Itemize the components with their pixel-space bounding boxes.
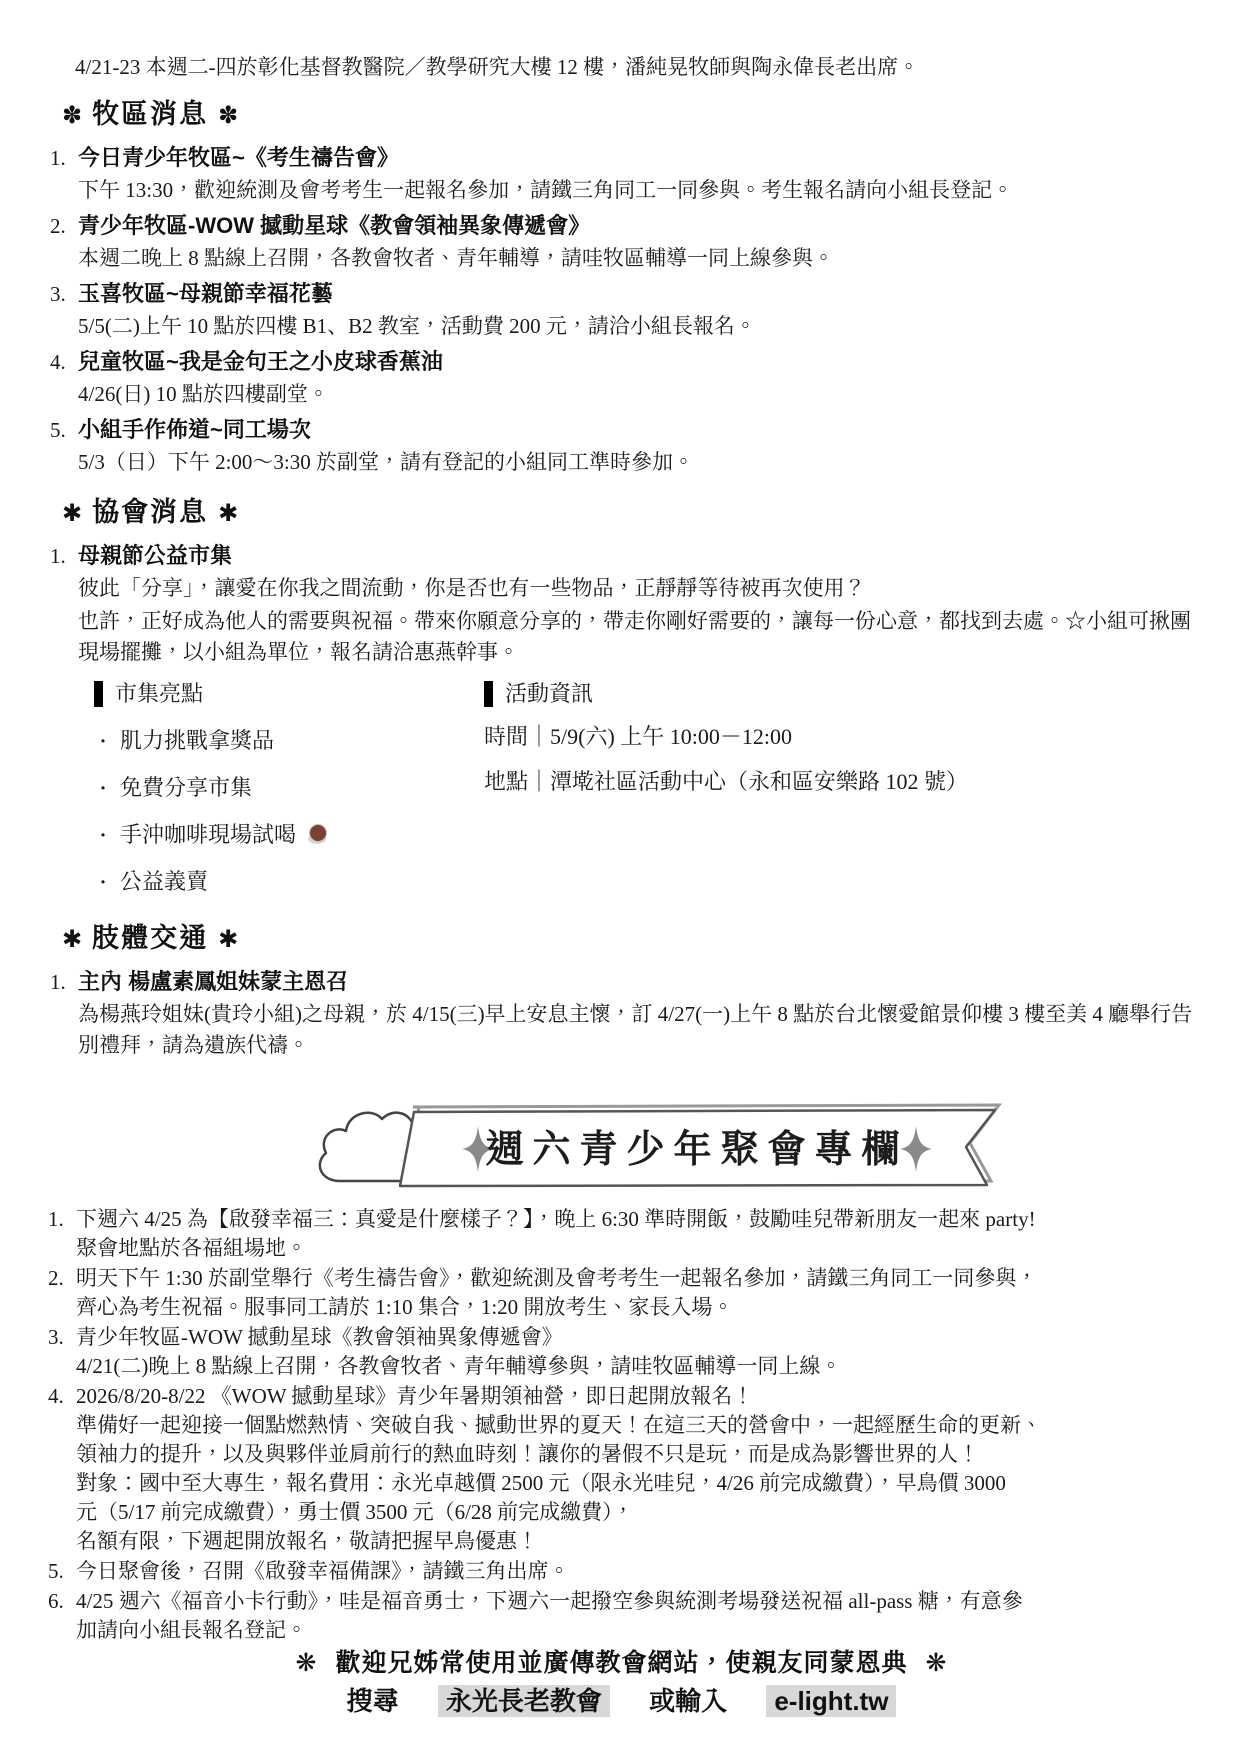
info-place-row: 地點｜潭墘社區活動中心（永和區安樂路 102 號）: [484, 759, 1195, 804]
item-number: 3.: [50, 278, 66, 310]
item-number: 6.: [48, 1587, 64, 1616]
banner-graphic: 週六青少年聚會專欄: [310, 1103, 1022, 1205]
saturday-list: 1. 下週六 4/25 為【啟發幸福三：真愛是什麼樣子？】，晚上 6:30 準時…: [48, 1204, 1195, 1645]
saturday-item: 1. 下週六 4/25 為【啟發幸福三：真愛是什麼樣子？】，晚上 6:30 準時…: [48, 1205, 1195, 1263]
item-number: 2.: [48, 1264, 64, 1293]
item-body: 5/5(二)上午 10 點於四樓 B1、B2 教室，活動費 200 元，請洽小組…: [78, 311, 1195, 342]
market-highlights-list: ・肌力挑戰拿獎品 ・免費分享市集 ・手沖咖啡現場試喝 ・公益義賣: [94, 718, 484, 906]
item-paragraph: 彼此「分享」，讓愛在你我之間流動，你是否也有一些物品，正靜靜等待被再次使用？: [78, 573, 1195, 604]
fellowship-item: 1. 主內 楊盧素鳳姐妹蒙主恩召 為楊燕玲姐妹(貴玲小組)之母親，於 4/15(…: [48, 966, 1195, 1063]
or-label: 或輸入: [649, 1686, 727, 1716]
event-info-header: 活動資訊: [484, 674, 1195, 714]
info-time-row: 時間｜5/9(六) 上午 10:00－12:00: [484, 714, 1195, 759]
item-number: 4.: [50, 346, 66, 378]
market-highlights-header: 市集亮點: [94, 674, 484, 714]
snowflake-asterisk-icon: ❋: [296, 1649, 318, 1677]
search-keyword-highlight: 永光長老教會: [438, 1685, 610, 1717]
section-title: 協會消息: [92, 497, 208, 527]
market-info-columns: 市集亮點 ・肌力挑戰拿獎品 ・免費分享市集 ・手沖咖啡現場試喝 ・公益義賣 活動…: [94, 674, 1195, 906]
heavy-asterisk-icon: ✱: [62, 926, 82, 953]
section-title: 肢體交通: [92, 923, 208, 953]
intro-note: 4/21-23 本週二-四於彰化基督教醫院／教學研究大樓 12 樓，潘純晃牧師與…: [75, 52, 1195, 82]
bulletin-page: 4/21-23 本週二-四於彰化基督教醫院／教學研究大樓 12 樓，潘純晃牧師與…: [0, 0, 1241, 1755]
footer-line2: 搜尋 永光長老教會 或輸入 e-light.tw: [48, 1681, 1195, 1721]
item-number: 1.: [50, 966, 66, 998]
heavy-asterisk-icon: ✱: [218, 926, 238, 953]
bullet-dot: ・: [94, 779, 112, 799]
section-header-association: ✱協會消息✱: [52, 494, 1195, 532]
flower-asterisk-icon: ✽: [62, 102, 82, 129]
footer-line1: ❋歡迎兄姊常使用並廣傳教會網站，使親友同蒙恩典❋: [48, 1645, 1195, 1681]
black-bar-icon: [94, 681, 103, 707]
pastoral-item: 2. 青少年牧區-WOW 撼動星球《教會領袖異象傳遞會》 本週二晚上 8 點線上…: [48, 210, 1195, 276]
pastoral-item: 1. 今日青少年牧區~《考生禱告會》 下午 13:30，歡迎統測及會考考生一起報…: [48, 142, 1195, 208]
bullet-dot: ・: [94, 873, 112, 893]
item-number: 3.: [48, 1323, 64, 1352]
item-title: 兒童牧區~我是金句王之小皮球香蕉油: [78, 346, 1195, 378]
footer-note: ❋歡迎兄姊常使用並廣傳教會網站，使親友同蒙恩典❋ 搜尋 永光長老教會 或輸入 e…: [48, 1645, 1195, 1755]
coffee-cup-icon: [306, 823, 328, 845]
item-title: 主內 楊盧素鳳姐妹蒙主恩召: [78, 966, 1195, 998]
bullet-dot: ・: [94, 732, 112, 752]
heavy-asterisk-icon: ✱: [218, 500, 238, 527]
item-number: 5.: [48, 1557, 64, 1586]
list-item: ・肌力挑戰拿獎品: [94, 718, 484, 765]
market-highlights-column: 市集亮點 ・肌力挑戰拿獎品 ・免費分享市集 ・手沖咖啡現場試喝 ・公益義賣: [94, 674, 484, 906]
snowflake-asterisk-icon: ❋: [926, 1649, 948, 1677]
item-body: 本週二晚上 8 點線上召開，各教會牧者、青年輔導，請哇牧區輔導一同上線參與。: [78, 243, 1195, 274]
item-title: 小組手作佈道~同工場次: [78, 414, 1195, 446]
event-info-column: 活動資訊 時間｜5/9(六) 上午 10:00－12:00 地點｜潭墘社區活動中…: [484, 674, 1195, 906]
banner-title: 週六青少年聚會專欄: [485, 1128, 908, 1171]
heavy-asterisk-icon: ✱: [62, 500, 82, 527]
item-paragraph: 也許，正好成為他人的需要與祝福。帶來你願意分享的，帶走你剛好需要的，讓每一份心意…: [78, 606, 1195, 668]
section-title: 牧區消息: [92, 99, 208, 129]
item-number: 2.: [50, 210, 66, 242]
item-number: 1.: [50, 540, 66, 572]
item-title: 母親節公益市集: [78, 540, 1195, 572]
search-label: 搜尋: [347, 1686, 399, 1716]
flower-asterisk-icon: ✽: [218, 102, 238, 129]
item-title: 青少年牧區-WOW 撼動星球《教會領袖異象傳遞會》: [78, 210, 1195, 242]
list-item: ・手沖咖啡現場試喝: [94, 812, 484, 859]
saturday-item: 4. 2026/8/20-8/22 《WOW 撼動星球》青少年暑期領袖營，即日起…: [48, 1382, 1195, 1556]
item-number: 5.: [50, 414, 66, 446]
item-title: 今日青少年牧區~《考生禱告會》: [78, 142, 1195, 174]
item-number: 1.: [48, 1205, 64, 1234]
saturday-item: 2. 明天下午 1:30 於副堂舉行《考生禱告會》，歡迎統測及會考考生一起報名參…: [48, 1264, 1195, 1322]
black-bar-icon: [484, 681, 493, 707]
item-title: 玉喜牧區~母親節幸福花藝: [78, 278, 1195, 310]
item-body: 為楊燕玲姐妹(貴玲小組)之母親，於 4/15(三)早上安息主懷，訂 4/27(一…: [78, 999, 1195, 1061]
saturday-item: 5. 今日聚會後，召開《啟發幸福備課》，請鐵三角出席。: [48, 1557, 1195, 1586]
site-url-highlight: e-light.tw: [766, 1685, 896, 1717]
item-number: 4.: [48, 1382, 64, 1411]
item-number: 1.: [50, 142, 66, 174]
item-body: 4/26(日) 10 點於四樓副堂。: [78, 379, 1195, 410]
association-item: 1. 母親節公益市集 彼此「分享」，讓愛在你我之間流動，你是否也有一些物品，正靜…: [48, 540, 1195, 906]
pastoral-item: 4. 兒童牧區~我是金句王之小皮球香蕉油 4/26(日) 10 點於四樓副堂。: [48, 346, 1195, 412]
bullet-dot: ・: [94, 826, 112, 846]
list-item: ・公益義賣: [94, 859, 484, 906]
saturday-item: 3. 青少年牧區-WOW 撼動星球《教會領袖異象傳遞會》 4/21(二)晚上 8…: [48, 1323, 1195, 1381]
item-body: 下午 13:30，歡迎統測及會考考生一起報名參加，請鐵三角同工一同參與。考生報名…: [78, 175, 1195, 206]
saturday-column-banner: 週六青少年聚會專欄: [48, 1103, 1195, 1188]
section-header-pastoral: ✽牧區消息✽: [52, 96, 1195, 134]
list-item: ・免費分享市集: [94, 765, 484, 812]
pastoral-item: 3. 玉喜牧區~母親節幸福花藝 5/5(二)上午 10 點於四樓 B1、B2 教…: [48, 278, 1195, 344]
section-header-fellowship: ✱肢體交通✱: [52, 920, 1195, 958]
pastoral-item: 5. 小組手作佈道~同工場次 5/3（日）下午 2:00～3:30 於副堂，請有…: [48, 414, 1195, 480]
item-body: 5/3（日）下午 2:00～3:30 於副堂，請有登記的小組同工準時參加。: [78, 447, 1195, 478]
saturday-item: 6. 4/25 週六《福音小卡行動》，哇是福音勇士，下週六一起撥空參與統測考場發…: [48, 1587, 1195, 1645]
